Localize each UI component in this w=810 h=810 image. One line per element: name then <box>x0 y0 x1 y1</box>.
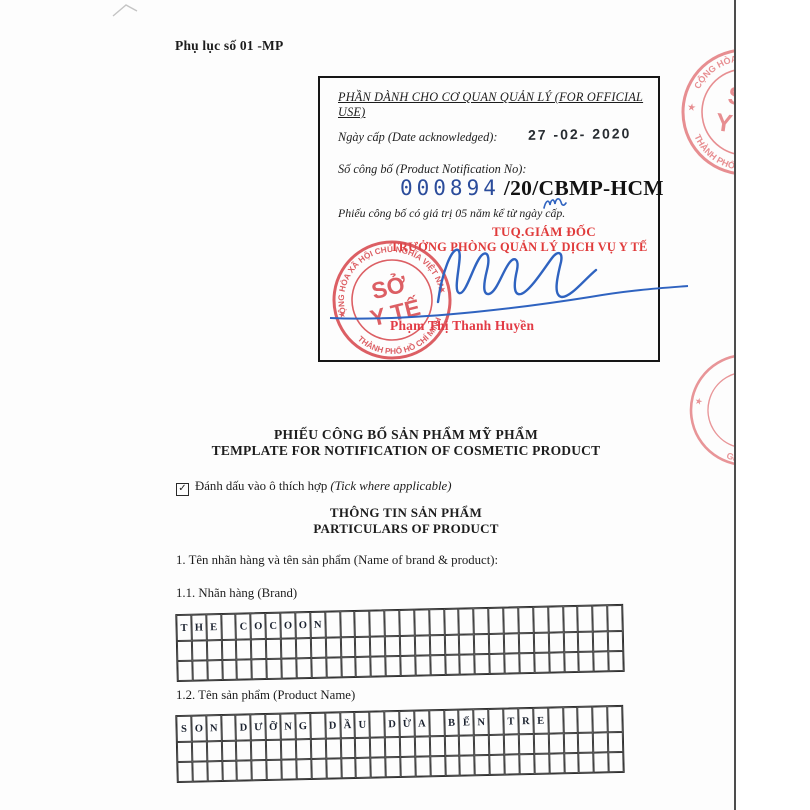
grid-cell <box>548 707 563 733</box>
grid-cell <box>326 637 341 657</box>
grid-cell: Ế <box>459 709 474 735</box>
grid-cell <box>414 609 429 635</box>
grid-cell <box>296 638 311 658</box>
paper-page: Phụ lục số 01 -MP PHẦN DÀNH CHO CƠ QUAN … <box>0 0 736 810</box>
grid-cell: D <box>384 711 399 737</box>
validity-note: Phiếu công bố có giá trị 05 năm kể từ ng… <box>338 206 565 221</box>
grid-cell: O <box>280 612 295 638</box>
grid-cell <box>549 753 564 773</box>
grid-cell <box>503 607 518 633</box>
grid-cell: N <box>474 709 489 735</box>
grid-cell <box>177 742 192 762</box>
grid-cell: G <box>295 713 310 739</box>
grid-cell <box>444 609 459 635</box>
grid-cell <box>207 660 222 680</box>
grid-cell <box>356 657 371 677</box>
grid-cell <box>592 706 607 732</box>
grid-cell <box>489 735 504 755</box>
grid-cell <box>266 639 281 659</box>
grid-cell <box>236 639 251 659</box>
section-heading-en: PARTICULARS OF PRODUCT <box>90 521 722 537</box>
grid-cell <box>533 607 548 633</box>
grid-cell <box>534 633 549 653</box>
grid-cell: N <box>310 612 325 638</box>
item1-label: 1. Tên nhãn hàng và tên sản phẩm (Name o… <box>176 553 498 568</box>
notification-number-suffix: /20/CBMP-HCM <box>504 176 664 200</box>
grid-cell <box>266 740 281 760</box>
notification-number-value: 000894 /20/CBMP-HCM <box>400 176 664 201</box>
grid-cell <box>177 661 192 681</box>
grid-cell: D <box>236 714 251 740</box>
grid-cell <box>429 710 444 736</box>
grid-cell: O <box>295 612 310 638</box>
grid-cell <box>474 735 489 755</box>
grid-cell <box>504 653 519 673</box>
grid-cell <box>579 652 594 672</box>
grid-cell <box>519 633 534 653</box>
grid-cell <box>370 737 385 757</box>
grid-cell <box>564 652 579 672</box>
partial-seal-star-icon: ★ <box>686 102 696 114</box>
grid-cell <box>252 760 267 780</box>
grid-cell <box>519 734 534 754</box>
grid-cell: T <box>176 615 191 641</box>
grid-cell <box>326 738 341 758</box>
grid-cell <box>400 656 415 676</box>
grid-cell <box>519 754 534 774</box>
grid-cell <box>548 632 563 652</box>
grid-cell <box>341 758 356 778</box>
grid-cell <box>192 741 207 761</box>
grid-cell <box>415 756 430 776</box>
partial-seal-center-line2: Y TẾ <box>714 107 736 143</box>
grid-cell <box>311 759 326 779</box>
grid-cell <box>385 656 400 676</box>
grid-cell <box>370 636 385 656</box>
section-heading-block: THÔNG TIN SẢN PHẨM PARTICULARS OF PRODUC… <box>90 505 722 537</box>
grid-cell <box>400 757 415 777</box>
tick-instruction-line: ✓Đánh dấu vào ô thích hợp (Tick where ap… <box>176 479 452 496</box>
grid-cell <box>251 639 266 659</box>
section-heading-vi: THÔNG TIN SẢN PHẨM <box>90 505 722 521</box>
seal-star-right-icon: ★ <box>437 284 447 296</box>
grid-cell <box>340 611 355 637</box>
grid-cell <box>221 640 236 660</box>
grid-cell <box>578 733 593 753</box>
grid-cell <box>415 635 430 655</box>
grid-cell <box>222 761 237 781</box>
fold-mark <box>113 5 137 16</box>
grid-cell <box>504 633 519 653</box>
grid-cell <box>252 659 267 679</box>
notification-number-label: Số công bố (Product Notification No): <box>338 162 526 177</box>
grid-cell <box>385 737 400 757</box>
grid-cell: S <box>176 716 191 742</box>
grid-cell <box>192 640 207 660</box>
grid-cell <box>237 659 252 679</box>
grid-cell <box>459 634 474 654</box>
grid-cell: E <box>206 614 221 640</box>
grid-cell <box>578 606 593 632</box>
grid-cell <box>326 758 341 778</box>
tick-checkbox: ✓ <box>176 483 189 496</box>
grid-cell: Ỡ <box>265 714 280 740</box>
grid-cell <box>370 610 385 636</box>
grid-cell <box>534 653 549 673</box>
grid-cell <box>608 732 623 752</box>
grid-cell: Ư <box>251 714 266 740</box>
grid-cell <box>326 657 341 677</box>
grid-cell <box>430 635 445 655</box>
grid-cell: E <box>533 708 548 734</box>
grid-cell <box>592 605 607 631</box>
grid-cell <box>504 754 519 774</box>
grid-cell: D <box>325 712 340 738</box>
grid-cell: B <box>444 710 459 736</box>
document-title-en: TEMPLATE FOR NOTIFICATION OF COSMETIC PR… <box>90 443 722 459</box>
grid-cell: C <box>236 613 251 639</box>
grid-cell <box>518 607 533 633</box>
grid-cell <box>474 634 489 654</box>
grid-cell <box>459 608 474 634</box>
tick-instruction-en: (Tick where applicable) <box>330 479 451 493</box>
document-title-vi: PHIẾU CÔNG BỐ SẢN PHẨM MỸ PHẨM <box>90 427 722 443</box>
grid-cell <box>400 737 415 757</box>
grid-cell <box>325 611 340 637</box>
grid-cell <box>221 614 236 640</box>
grid-cell <box>488 608 503 634</box>
grid-cell: U <box>355 712 370 738</box>
grid-cell <box>489 634 504 654</box>
grid-cell <box>340 637 355 657</box>
grid-cell: O <box>191 715 206 741</box>
grid-cell <box>578 632 593 652</box>
grid-cell <box>519 653 534 673</box>
grid-cell <box>563 733 578 753</box>
grid-cell <box>221 715 236 741</box>
grid-cell <box>564 753 579 773</box>
grid-cell <box>281 638 296 658</box>
grid-cell <box>296 759 311 779</box>
grid-cell <box>534 754 549 774</box>
product-name-label: 1.2. Tên sản phẩm (Product Name) <box>176 688 355 703</box>
grid-cell <box>236 740 251 760</box>
grid-cell <box>311 739 326 759</box>
grid-cell <box>593 732 608 752</box>
grid-cell <box>444 635 459 655</box>
grid-cell: T <box>503 708 518 734</box>
grid-cell <box>221 741 236 761</box>
grid-cell <box>311 638 326 658</box>
grid-cell <box>563 632 578 652</box>
grid-cell <box>475 654 490 674</box>
grid-cell <box>593 651 608 671</box>
grid-cell <box>593 752 608 772</box>
grid-cell: N <box>206 715 221 741</box>
brand-label: 1.1. Nhãn hàng (Brand) <box>176 586 297 601</box>
grid-cell <box>607 706 622 732</box>
grid-cell: O <box>251 613 266 639</box>
grid-cell <box>267 659 282 679</box>
grid-cell <box>430 756 445 776</box>
date-acknowledged-label: Ngày cấp (Date acknowledged): <box>338 130 497 145</box>
grid-cell <box>281 739 296 759</box>
grid-cell <box>593 631 608 651</box>
grid-cell <box>281 759 296 779</box>
grid-cell <box>384 610 399 636</box>
grid-cell <box>608 752 623 772</box>
grid-cell: R <box>518 708 533 734</box>
grid-cell <box>489 654 504 674</box>
grid-cell: C <box>265 613 280 639</box>
grid-cell <box>444 736 459 756</box>
grid-cell <box>563 707 578 733</box>
grid-cell <box>415 655 430 675</box>
grid-cell <box>430 655 445 675</box>
grid-cell <box>385 757 400 777</box>
scanned-document: Phụ lục số 01 -MP PHẦN DÀNH CHO CƠ QUAN … <box>0 0 810 810</box>
grid-cell <box>222 660 237 680</box>
grid-cell <box>296 658 311 678</box>
grid-cell <box>504 734 519 754</box>
product-name-character-grid: SONDƯỠNGDẦUDỪABẾNTRE <box>175 705 624 783</box>
grid-cell <box>548 606 563 632</box>
grid-cell <box>459 735 474 755</box>
grid-cell <box>237 760 252 780</box>
grid-cell <box>207 640 222 660</box>
grid-cell <box>207 741 222 761</box>
grid-cell <box>445 655 460 675</box>
notification-number-stamped: 000894 <box>400 176 500 200</box>
grid-cell <box>340 738 355 758</box>
grid-cell <box>267 760 282 780</box>
grid-cell <box>607 605 622 631</box>
grid-cell <box>310 713 325 739</box>
grid-cell <box>355 637 370 657</box>
grid-cell <box>608 631 623 651</box>
document-title-block: PHIẾU CÔNG BỐ SẢN PHẨM MỸ PHẨM TEMPLATE … <box>90 427 722 459</box>
grid-cell: A <box>414 710 429 736</box>
grid-cell <box>579 753 594 773</box>
partial-seal-middle-right: M.S.O.N.D GIA ★ TH <box>661 325 736 495</box>
grid-cell <box>311 658 326 678</box>
grid-cell <box>578 707 593 733</box>
date-acknowledged-stamp: 27 -02- 2020 <box>528 125 632 143</box>
grid-cell <box>400 636 415 656</box>
grid-cell <box>445 756 460 776</box>
appendix-label: Phụ lục số 01 -MP <box>175 38 283 54</box>
grid-cell <box>488 709 503 735</box>
grid-cell <box>430 736 445 756</box>
grid-cell <box>356 758 371 778</box>
grid-cell <box>429 609 444 635</box>
grid-cell <box>399 610 414 636</box>
brand-character-grid: THECOCOON <box>175 604 624 682</box>
grid-cell <box>474 608 489 634</box>
grid-cell <box>207 761 222 781</box>
page-edge-line <box>734 0 736 810</box>
grid-cell <box>370 711 385 737</box>
grid-cell <box>192 660 207 680</box>
grid-cell <box>608 651 623 671</box>
grid-cell <box>548 733 563 753</box>
grid-cell: Ầ <box>340 712 355 738</box>
grid-cell <box>460 755 475 775</box>
grid-cell <box>192 761 207 781</box>
tick-instruction-vi: Đánh dấu vào ô thích hợp <box>195 479 330 493</box>
grid-cell: Ừ <box>399 711 414 737</box>
grid-cell <box>177 762 192 782</box>
grid-cell <box>563 606 578 632</box>
grid-cell <box>460 654 475 674</box>
signer-name: Phạm Thị Thanh Huyền <box>390 318 534 334</box>
partial-seal-top-right: CỘNG HÒA X.H.CN VIỆT NAM THÀNH PHỐ HỒ CH… <box>652 19 736 204</box>
grid-cell <box>177 641 192 661</box>
grid-cell <box>251 740 266 760</box>
grid-cell <box>341 657 356 677</box>
grid-cell <box>534 734 549 754</box>
grid-cell <box>281 658 296 678</box>
grid-cell <box>415 736 430 756</box>
grid-cell: N <box>280 713 295 739</box>
grid-cell <box>489 755 504 775</box>
grid-cell <box>355 611 370 637</box>
grid-cell <box>475 755 490 775</box>
grid-cell <box>549 652 564 672</box>
grid-cell: H <box>191 614 206 640</box>
grid-cell <box>355 738 370 758</box>
official-use-heading: PHẦN DÀNH CHO CƠ QUAN QUẢN LÝ (FOR OFFIC… <box>338 90 658 120</box>
grid-cell <box>296 739 311 759</box>
grid-cell <box>385 636 400 656</box>
grid-cell <box>371 656 386 676</box>
grid-cell <box>371 757 386 777</box>
company-seal-star-icon: ★ <box>694 395 704 407</box>
